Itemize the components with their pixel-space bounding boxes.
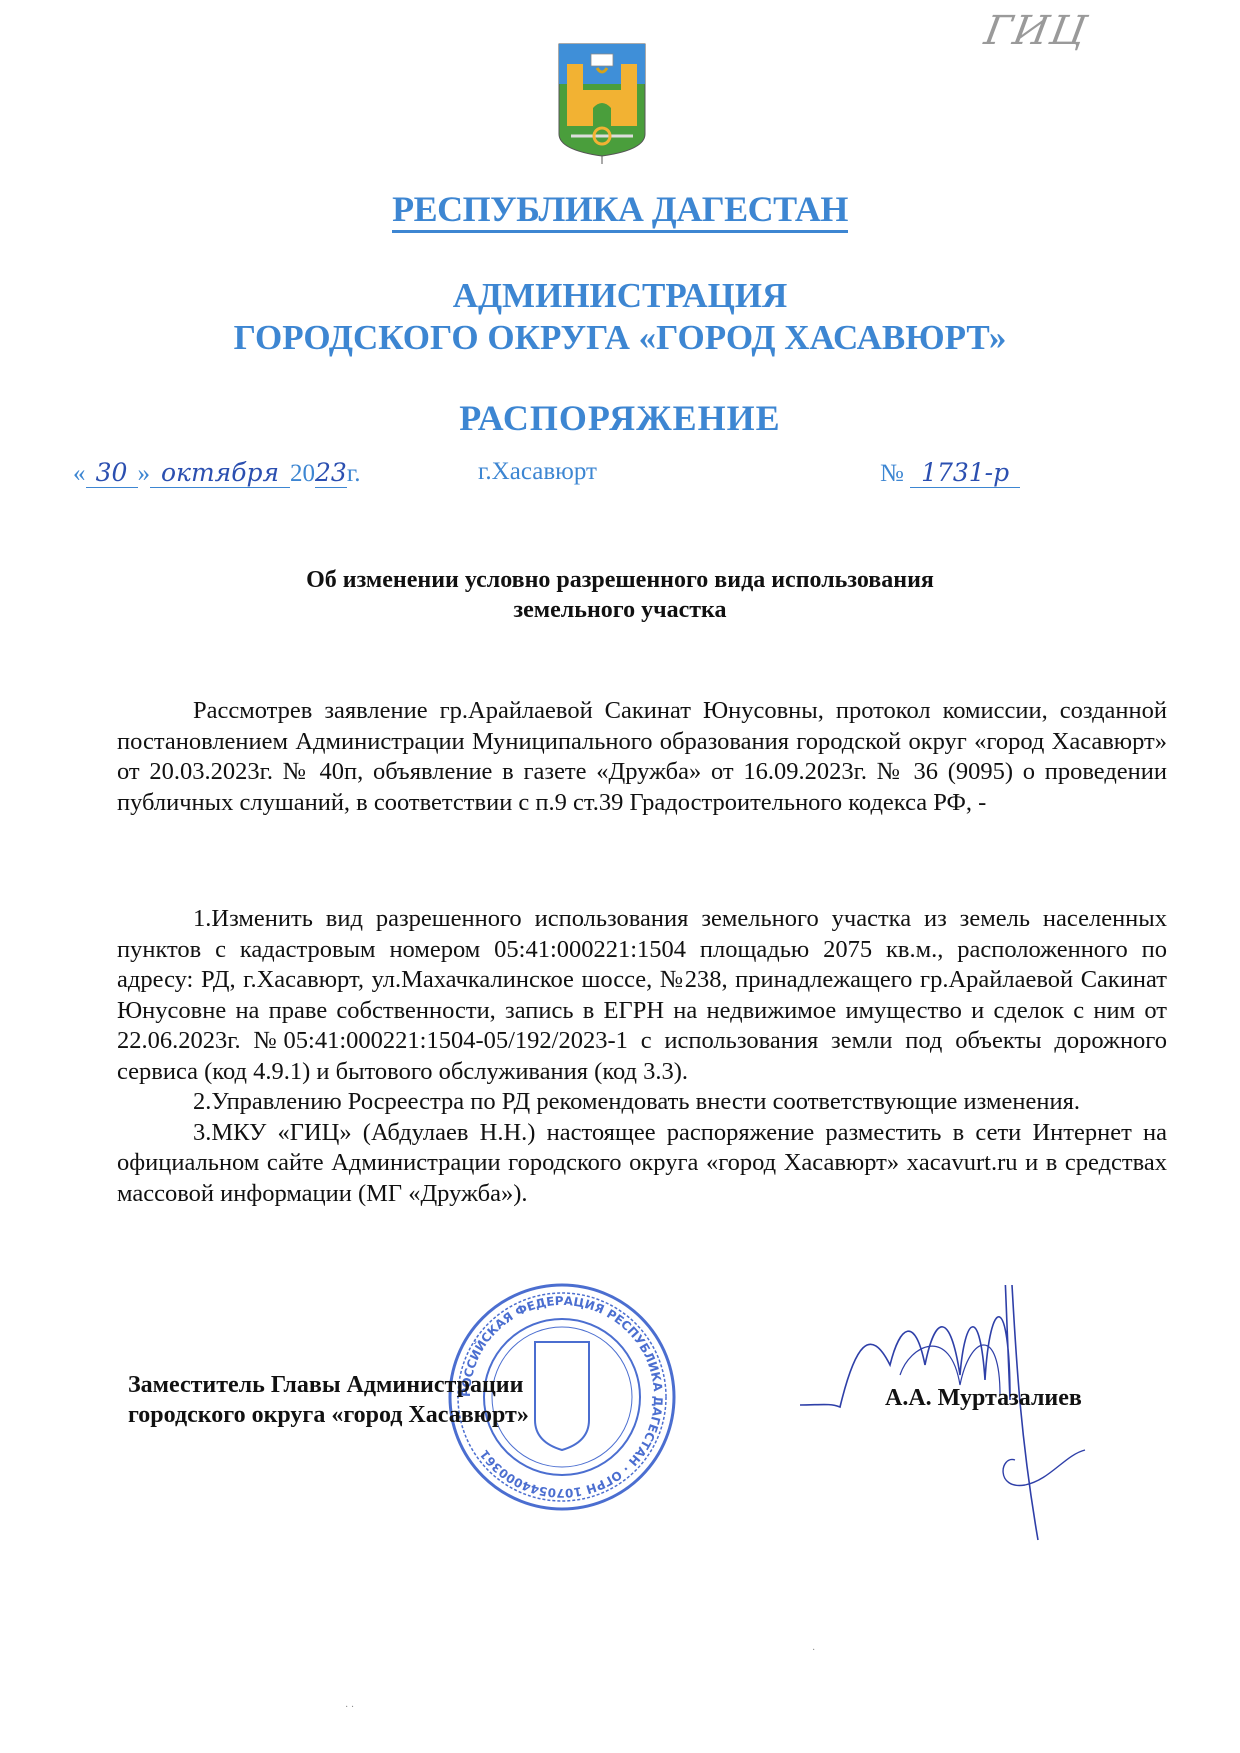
- date-year-suffix: 23: [315, 458, 347, 488]
- date-month: октября: [150, 458, 290, 488]
- republic-heading: РЕСПУБЛИКА ДАГЕСТАН: [0, 188, 1240, 230]
- scan-artifact: ·: [812, 1645, 815, 1656]
- document-number: № 1731-р: [880, 458, 1020, 488]
- document-title-line2: земельного участка: [0, 595, 1240, 625]
- administration-heading-line1: АДМИНИСТРАЦИЯ: [0, 276, 1240, 316]
- number-value: 1731-р: [910, 458, 1020, 488]
- scan-artifact: · ·: [345, 1702, 354, 1713]
- handwritten-signature-icon: [800, 1285, 1130, 1545]
- order-item-2: 2.Управлению Росреестра по РД рекомендов…: [117, 1087, 1167, 1118]
- document-title-line1: Об изменении условно разрешенного вида и…: [0, 565, 1240, 595]
- signatory-name: А.А. Муртазалиев: [885, 1385, 1082, 1412]
- signatory-position: Заместитель Главы Администрации городско…: [128, 1370, 529, 1430]
- order-items: 1.Изменить вид разрешенного использовани…: [117, 904, 1167, 1209]
- administration-heading-line2: ГОРОДСКОГО ОКРУГА «ГОРОД ХАСАВЮРТ»: [0, 318, 1240, 358]
- document-type-heading: РАСПОРЯЖЕНИЕ: [0, 397, 1240, 439]
- document-city: г.Хасавюрт: [478, 458, 597, 486]
- order-item-3: 3.МКУ «ГИЦ» (Абдулаев Н.Н.) настоящее ра…: [117, 1118, 1167, 1210]
- handwritten-note: ГИЦ: [981, 8, 1091, 54]
- order-item-1: 1.Изменить вид разрешенного использовани…: [117, 904, 1167, 1087]
- preamble-paragraph: Рассмотрев заявление гр.Арайлаевой Сакин…: [117, 696, 1167, 818]
- date-day: 30: [86, 458, 138, 488]
- document-date: «30»октября2023г.: [73, 458, 361, 488]
- coat-of-arms-icon: [557, 42, 647, 166]
